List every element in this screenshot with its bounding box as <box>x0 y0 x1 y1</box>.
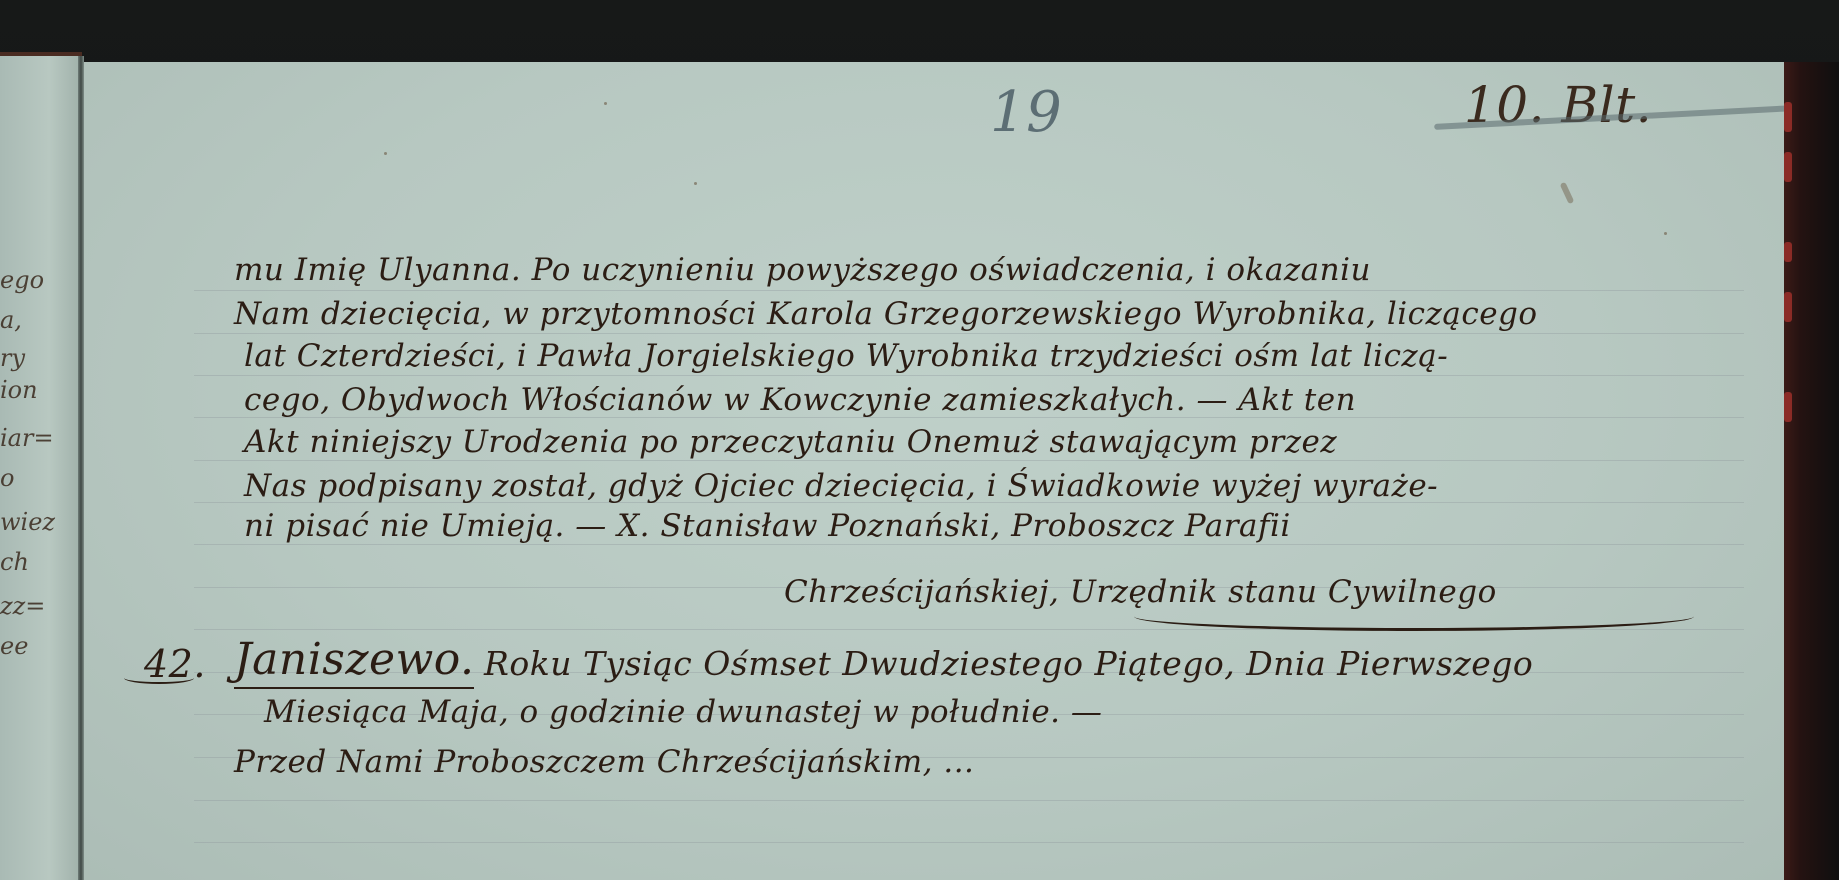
paper-speck <box>604 102 607 105</box>
entry-41-line-4: cego, Obydwoch Włościanów w Kowczynie za… <box>244 382 1356 418</box>
edge-red-mark <box>1784 392 1792 422</box>
paper-speck <box>384 152 387 155</box>
ruled-line <box>194 333 1744 334</box>
book-right-edge <box>1784 62 1839 880</box>
left-page-fragment: ego <box>0 266 44 294</box>
entry-41-line-5: Akt niniejszy Urodzenia po przeczytaniu … <box>244 424 1337 460</box>
ruled-line <box>194 460 1744 461</box>
edge-red-mark <box>1784 152 1792 182</box>
left-page-fragment: a, <box>0 306 22 334</box>
ruled-line <box>194 375 1744 376</box>
left-page-fragment: ee <box>0 632 28 660</box>
entry-41-line-1: mu Imię Ulyanna. Po uczynieniu powyższeg… <box>234 252 1371 288</box>
ruled-line <box>194 842 1744 843</box>
left-page-fragment: wiez <box>0 508 55 536</box>
entry-41-line-7: ni pisać nie Umieją. — X. Stanisław Pozn… <box>244 508 1291 544</box>
paper-speck <box>1664 232 1667 235</box>
ruled-line <box>194 800 1744 801</box>
edge-red-mark <box>1784 102 1792 132</box>
left-page-fragment: iar= <box>0 424 54 452</box>
ruled-line <box>194 544 1744 545</box>
entry-number-flourish <box>124 672 194 684</box>
entry-42-line-2: Miesiąca Maja, o godzinie dwunastej w po… <box>264 694 1102 730</box>
left-page-fragment: o <box>0 464 14 492</box>
edge-red-mark <box>1784 242 1792 262</box>
ruled-line <box>194 290 1744 291</box>
left-page-fragment: ch <box>0 548 29 576</box>
signature-flourish <box>1134 602 1694 631</box>
entry-42-line-1: Roku Tysiąc Ośmset Dwudziestego Piątego,… <box>484 644 1533 683</box>
entry-41-line-6: Nas podpisany został, gdyż Ojciec dzieci… <box>244 468 1438 504</box>
page-number-pencil: 19 <box>990 80 1062 145</box>
entry-42-line-3: Przed Nami Proboszczem Chrześcijańskim, … <box>234 744 974 780</box>
edge-red-mark <box>1784 292 1792 322</box>
left-page-fragment: zz= <box>0 592 45 620</box>
entry-41-line-3: lat Czterdzieści, i Pawła Jorgielskiego … <box>244 338 1448 374</box>
entry-41-line-2: Nam dziecięcia, w przytomności Karola Gr… <box>234 296 1538 332</box>
left-facing-page: ego a, ry ion iar= o wiez ch zz= ee <box>0 52 82 880</box>
left-page-fragment: ry <box>0 344 25 372</box>
left-page-fragment: ion <box>0 376 38 404</box>
entry-place-name: Janiszewo. <box>234 634 474 689</box>
ink-smudge <box>1560 182 1575 204</box>
paper-speck <box>694 182 697 185</box>
register-page: 19 10. Blt. mu Imię Ulyanna. Po uczynien… <box>84 62 1784 880</box>
